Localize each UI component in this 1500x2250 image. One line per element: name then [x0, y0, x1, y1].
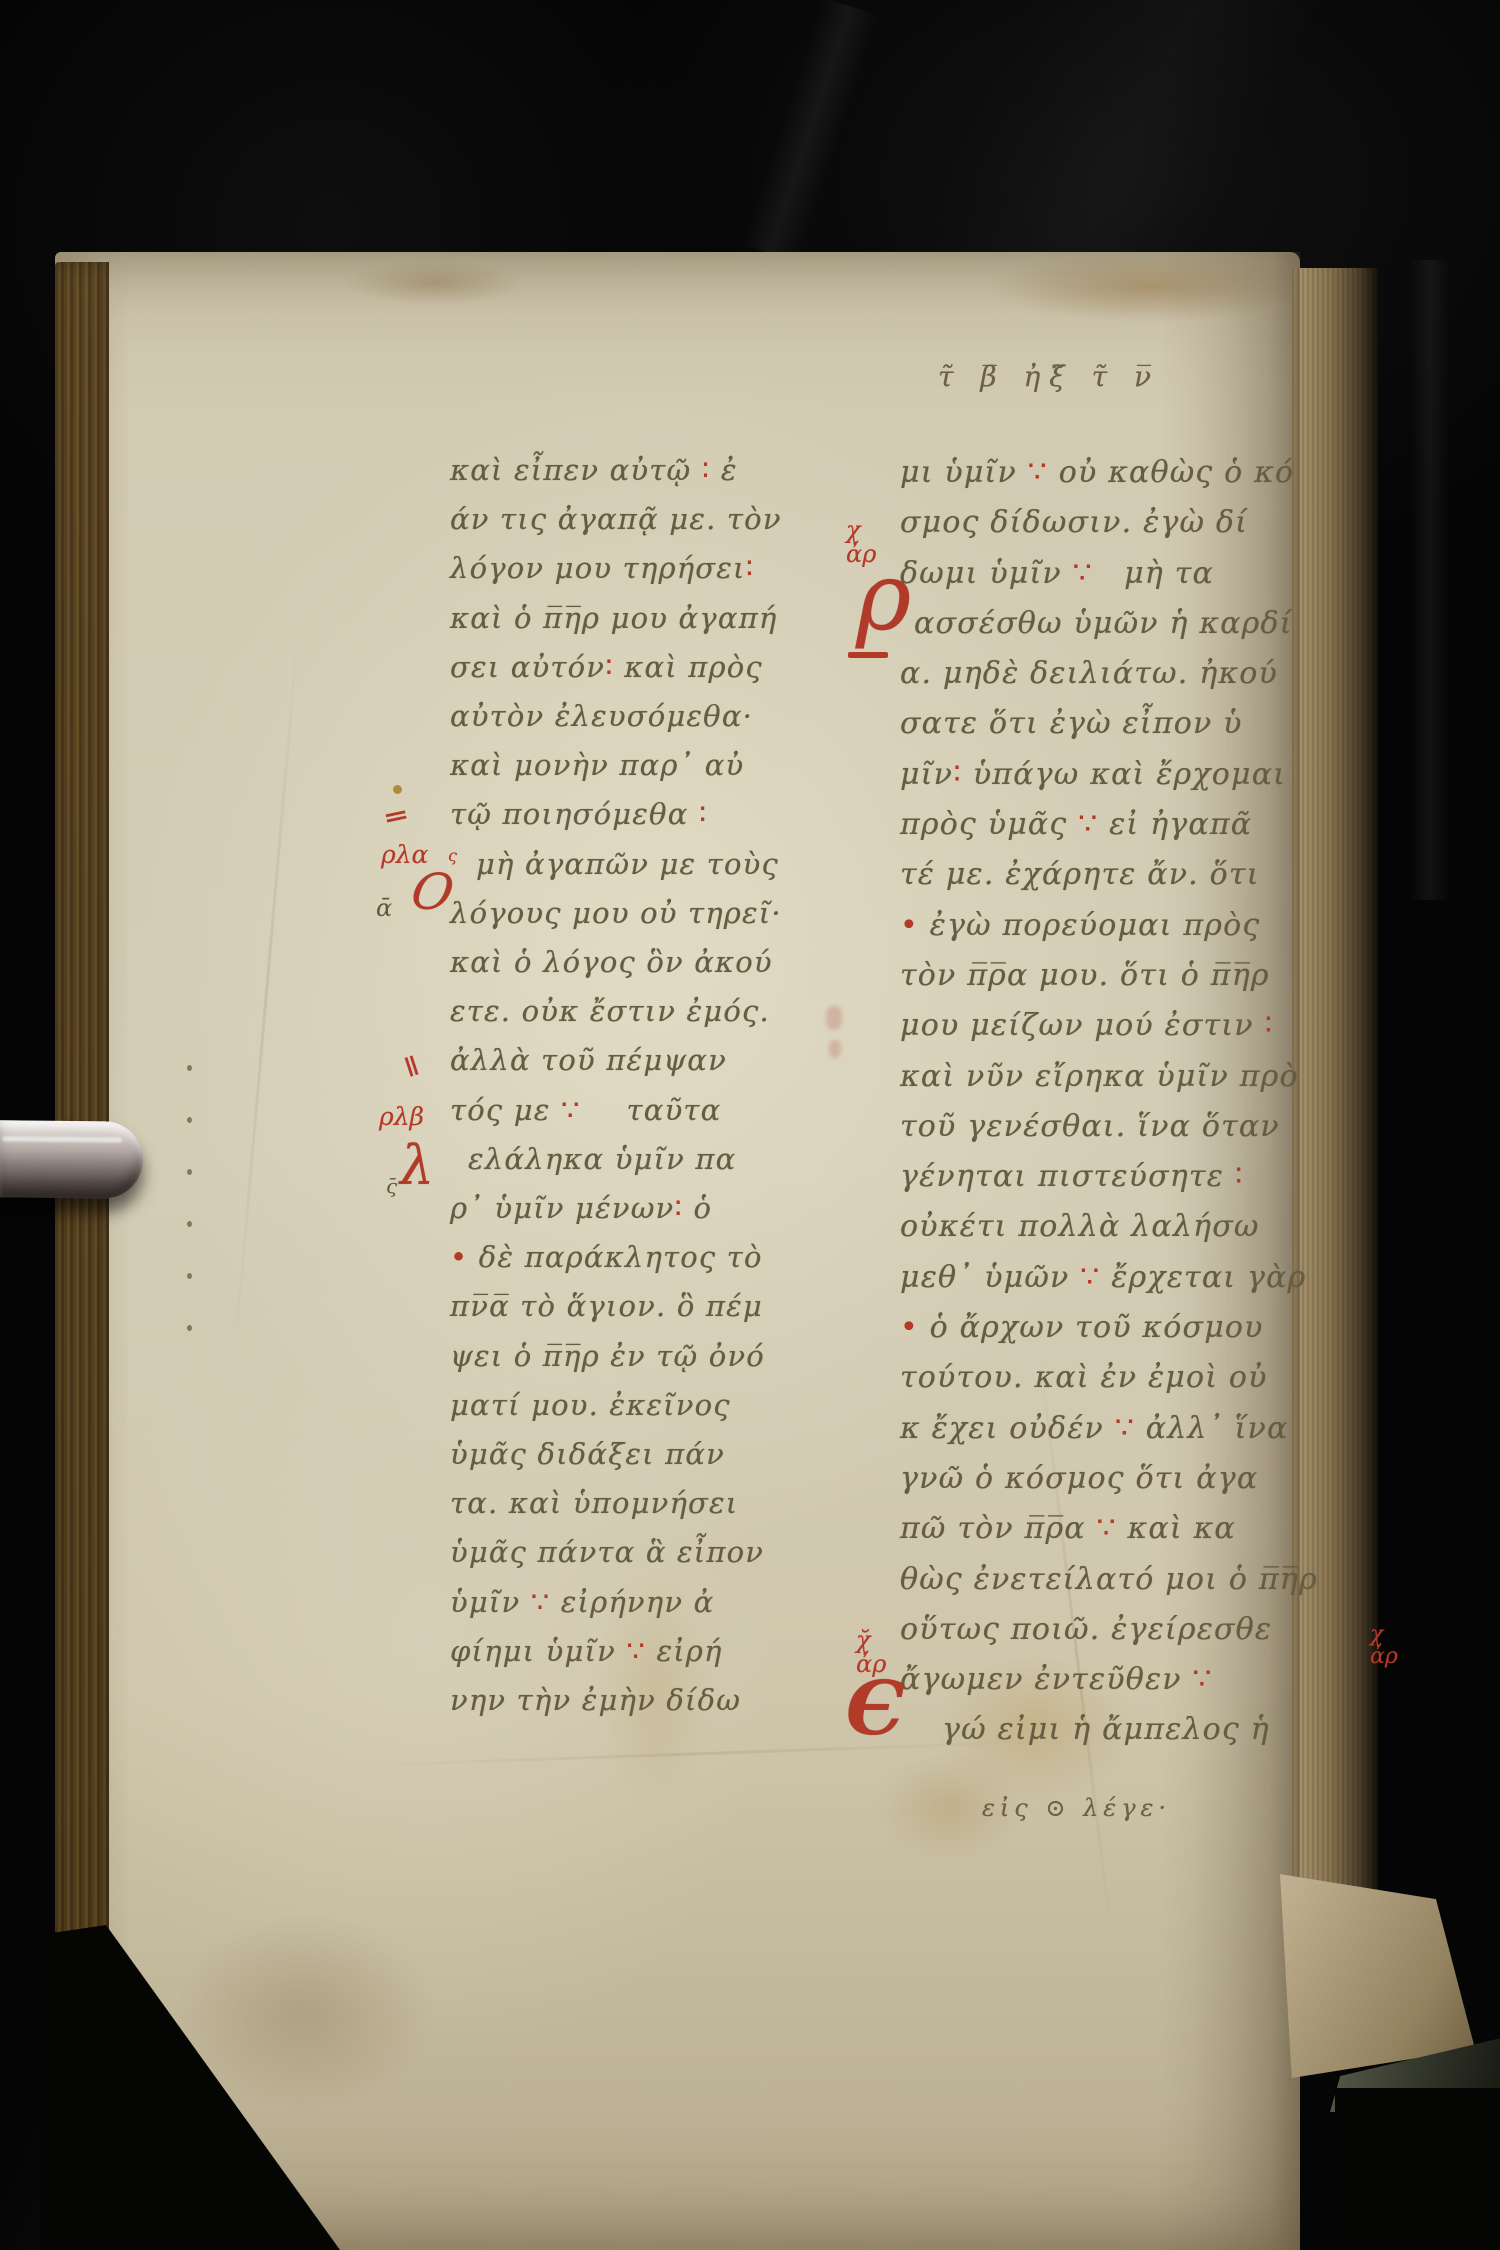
- manuscript-line: θὼς ἐνετείλατό μοι ὁ π̅η̅ρ: [900, 1555, 1318, 1605]
- initial-epsilon-uncial: Є: [846, 1676, 905, 1743]
- manuscript-line: μὴ ἀγαπῶν με τοὺς: [450, 840, 782, 889]
- initial-rho-decorated: ρ: [856, 556, 911, 641]
- manuscript-line: πρὸς ὑμᾶς ∵ εἰ ἠγαπᾶ: [900, 800, 1318, 850]
- manuscript-photo: τ̃ β̅ ἠξ̃ τ̃ ν̅ καὶ εἶπεν αὐτῷ ∶ ἐάν τις…: [0, 0, 1500, 2250]
- glass-rod-bookweight: [0, 1120, 143, 1199]
- manuscript-line: οὕτως ποιῶ. ἐγείρεσθε: [900, 1605, 1318, 1655]
- footer-lection-note: εἰς ⊙ λέγε·: [982, 1794, 1171, 1822]
- chapter-flourish: ς: [448, 848, 457, 864]
- manuscript-line: τός με ∵ ταῦτα: [450, 1086, 782, 1135]
- red-punctuation: ∶: [674, 1191, 683, 1225]
- chapter-number-132: ρλβ: [379, 1104, 424, 1129]
- kephalaion-mark: =: [381, 802, 412, 831]
- canon-letter-stigma: ς̄: [386, 1176, 397, 1196]
- ink-showthrough: [829, 1040, 841, 1058]
- manuscript-line: μου μείζων μού ἐστιν ∶: [900, 1001, 1318, 1051]
- red-punctuation: ∵: [1182, 1662, 1213, 1697]
- manuscript-line: πν̅α̅ τὸ ἅγιον. ὃ πέμ: [450, 1282, 782, 1331]
- manuscript-line: τούτου. καὶ ἐν ἐμοὶ οὐ: [900, 1353, 1318, 1403]
- red-punctuation: ∵: [1104, 1411, 1135, 1446]
- manuscript-line: τέ με. ἐχάρητε ἄν. ὅτι: [900, 850, 1318, 900]
- manuscript-line: ὑμῖν ∵ εἰρήνην ἀ: [450, 1578, 782, 1627]
- left-text-column: καὶ εἶπεν αὐτῷ ∶ ἐάν τις ἀγαπᾷ με. τὸνλό…: [450, 446, 782, 1725]
- cloth-fold: [1410, 260, 1450, 900]
- manuscript-line: λόγους μου οὐ τηρεῖ·: [450, 889, 782, 938]
- pricking-hole: [187, 1117, 192, 1123]
- parchment-crease: [232, 613, 301, 1370]
- manuscript-line: γένηται πιστεύσητε ∶: [900, 1152, 1318, 1202]
- canon-letter-alpha: ᾱ: [376, 896, 392, 920]
- pricking-hole: [187, 1273, 192, 1279]
- manuscript-line: μῖν∶ ὑπάγω καὶ ἔρχομαι: [900, 750, 1318, 800]
- manuscript-line: καὶ εἶπεν αὐτῷ ∶ ἐ: [450, 446, 782, 495]
- manuscript-line: • ὁ ἄρχων τοῦ κόσμου: [900, 1303, 1318, 1353]
- background-corner: [1335, 2088, 1500, 2250]
- manuscript-line: ρ᾽ ὑμῖν μένων∶ ὁ: [450, 1184, 782, 1233]
- manuscript-line: σει αὐτόν∶ καὶ πρὸς: [450, 643, 782, 692]
- red-punctuation: ∶: [688, 797, 707, 831]
- manuscript-line: φίημι ὑμῖν ∵ εἰρή: [450, 1627, 782, 1676]
- initial-omicron: Ο: [408, 869, 457, 917]
- ink-showthrough: [826, 1006, 842, 1030]
- manuscript-line: δωμι ὑμῖν ∵ μὴ τα: [900, 549, 1318, 599]
- manuscript-line: ὑμᾶς πάντα ἃ εἶπον: [450, 1528, 782, 1577]
- pricking-hole: [187, 1169, 192, 1175]
- red-punctuation: ∵: [1069, 1260, 1100, 1295]
- book-leaf-edges: [55, 262, 109, 1962]
- red-punctuation: ∵: [551, 1093, 581, 1127]
- manuscript-line: ὑμᾶς διδάξει πάν: [450, 1430, 782, 1479]
- right-text-column: μι ὑμῖν ∵ οὐ καθὼς ὁ κόσμος δίδωσιν. ἐγὼ…: [900, 448, 1318, 1756]
- running-title: τ̃ β̅ ἠξ̃ τ̃ ν̅: [938, 360, 1160, 393]
- red-punctuation: •: [900, 1310, 919, 1345]
- manuscript-line: οὐκέτι πολλὰ λαλήσω: [900, 1202, 1318, 1252]
- manuscript-line: μι ὑμῖν ∵ οὐ καθὼς ὁ κό: [900, 448, 1318, 498]
- lection-start-mark: χἀρ: [1370, 1624, 1398, 1668]
- red-punctuation: ∵: [1062, 556, 1093, 591]
- manuscript-line: ἀλλὰ τοῦ πέμψαν: [450, 1036, 782, 1085]
- manuscript-line: καὶ μονὴν παρ᾽ αὐ: [450, 741, 782, 790]
- red-punctuation: ∵: [616, 1634, 646, 1668]
- pricking-hole: [187, 1221, 192, 1227]
- manuscript-line: νην τὴν ἐμὴν δίδω: [450, 1676, 782, 1725]
- manuscript-line: σμος δίδωσιν. ἐγὼ δί: [900, 498, 1318, 548]
- initial-crossbar: [848, 652, 888, 658]
- manuscript-line: ἄγωμεν ἐντεῦθεν ∵: [900, 1655, 1318, 1705]
- manuscript-line: καὶ νῦν εἴρηκα ὑμῖν πρὸ: [900, 1052, 1318, 1102]
- manuscript-line: • δὲ παράκλητος τὸ: [450, 1233, 782, 1282]
- manuscript-line: τὸν π̅ρ̅α μου. ὅτι ὁ π̅η̅ρ: [900, 951, 1318, 1001]
- manuscript-line: πῶ τὸν π̅ρ̅α ∵ καὶ κα: [900, 1504, 1318, 1554]
- manuscript-line: κ ἔχει οὐδέν ∵ ἀλλ᾽ ἵνα: [900, 1404, 1318, 1454]
- manuscript-line: ασσέσθω ὑμῶν ἡ καρδί: [900, 599, 1318, 649]
- manuscript-line: ελάληκα ὑμῖν πα: [450, 1135, 782, 1184]
- manuscript-line: ψει ὁ π̅η̅ρ ἐν τῷ ὀνό: [450, 1332, 782, 1381]
- red-punctuation: ∵: [1017, 455, 1048, 490]
- manuscript-line: ετε. οὐκ ἔστιν ἐμός.: [450, 987, 782, 1036]
- manuscript-line: μεθ᾽ ὑμῶν ∵ ἔρχεται γὰρ: [900, 1253, 1318, 1303]
- pricking-hole: [187, 1325, 192, 1331]
- manuscript-line: • ἐγὼ πορεύομαι πρὸς: [900, 901, 1318, 951]
- manuscript-line: γνῶ ὁ κόσμος ὅτι ἀγα: [900, 1454, 1318, 1504]
- red-punctuation: ∶: [605, 650, 614, 684]
- manuscript-line: λόγον μου τηρήσει∶: [450, 544, 782, 593]
- manuscript-line: καὶ ὁ π̅η̅ρ μου ἀγαπή: [450, 594, 782, 643]
- red-punctuation: ∶: [746, 551, 755, 585]
- red-punctuation: ∶: [691, 453, 710, 487]
- ochre-dot: [393, 785, 402, 794]
- manuscript-line: σατε ὅτι ἐγὼ εἶπον ὑ: [900, 699, 1318, 749]
- red-punctuation: ∵: [1086, 1511, 1117, 1546]
- pricking-hole: [187, 1065, 192, 1071]
- red-punctuation: •: [900, 908, 919, 943]
- manuscript-line: τα. καὶ ὑπομνήσει: [450, 1479, 782, 1528]
- manuscript-line: α. μηδὲ δειλιάτω. ἠκού: [900, 649, 1318, 699]
- red-punctuation: ∵: [520, 1585, 550, 1619]
- red-punctuation: ∶: [953, 757, 962, 792]
- manuscript-line: γώ εἰμι ἡ ἄμπελος ἡ: [900, 1705, 1318, 1755]
- manuscript-line: καὶ ὁ λόγος ὃν ἀκού: [450, 938, 782, 987]
- red-punctuation: ∶: [1254, 1008, 1274, 1043]
- manuscript-line: τοῦ γενέσθαι. ἵνα ὅταν: [900, 1102, 1318, 1152]
- manuscript-line: τῷ ποιησόμεθα ∶: [450, 790, 782, 839]
- initial-lambda: λ: [400, 1142, 434, 1191]
- manuscript-line: αὐτὸν ἐλευσόμεθα·: [450, 692, 782, 741]
- manuscript-line: ματί μου. ἐκεῖνος: [450, 1381, 782, 1430]
- manuscript-line: άν τις ἀγαπᾷ με. τὸν: [450, 495, 782, 544]
- stain: [345, 260, 525, 306]
- red-punctuation: •: [450, 1240, 468, 1274]
- red-punctuation: ∵: [1067, 807, 1098, 842]
- red-punctuation: ∶: [1224, 1159, 1244, 1194]
